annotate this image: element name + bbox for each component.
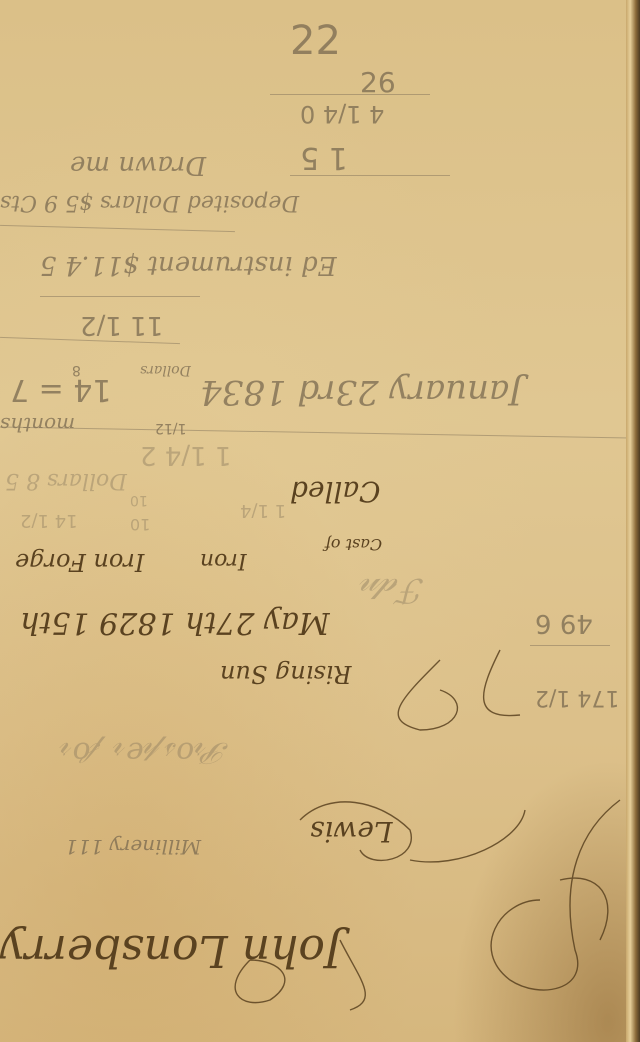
flourish-strokes: [0, 0, 640, 1042]
manuscript-page: 22 26 4 1/4 0 1 5 Drawn me Deposited Dol…: [0, 0, 640, 1042]
book-spine-edge: [626, 0, 640, 1042]
